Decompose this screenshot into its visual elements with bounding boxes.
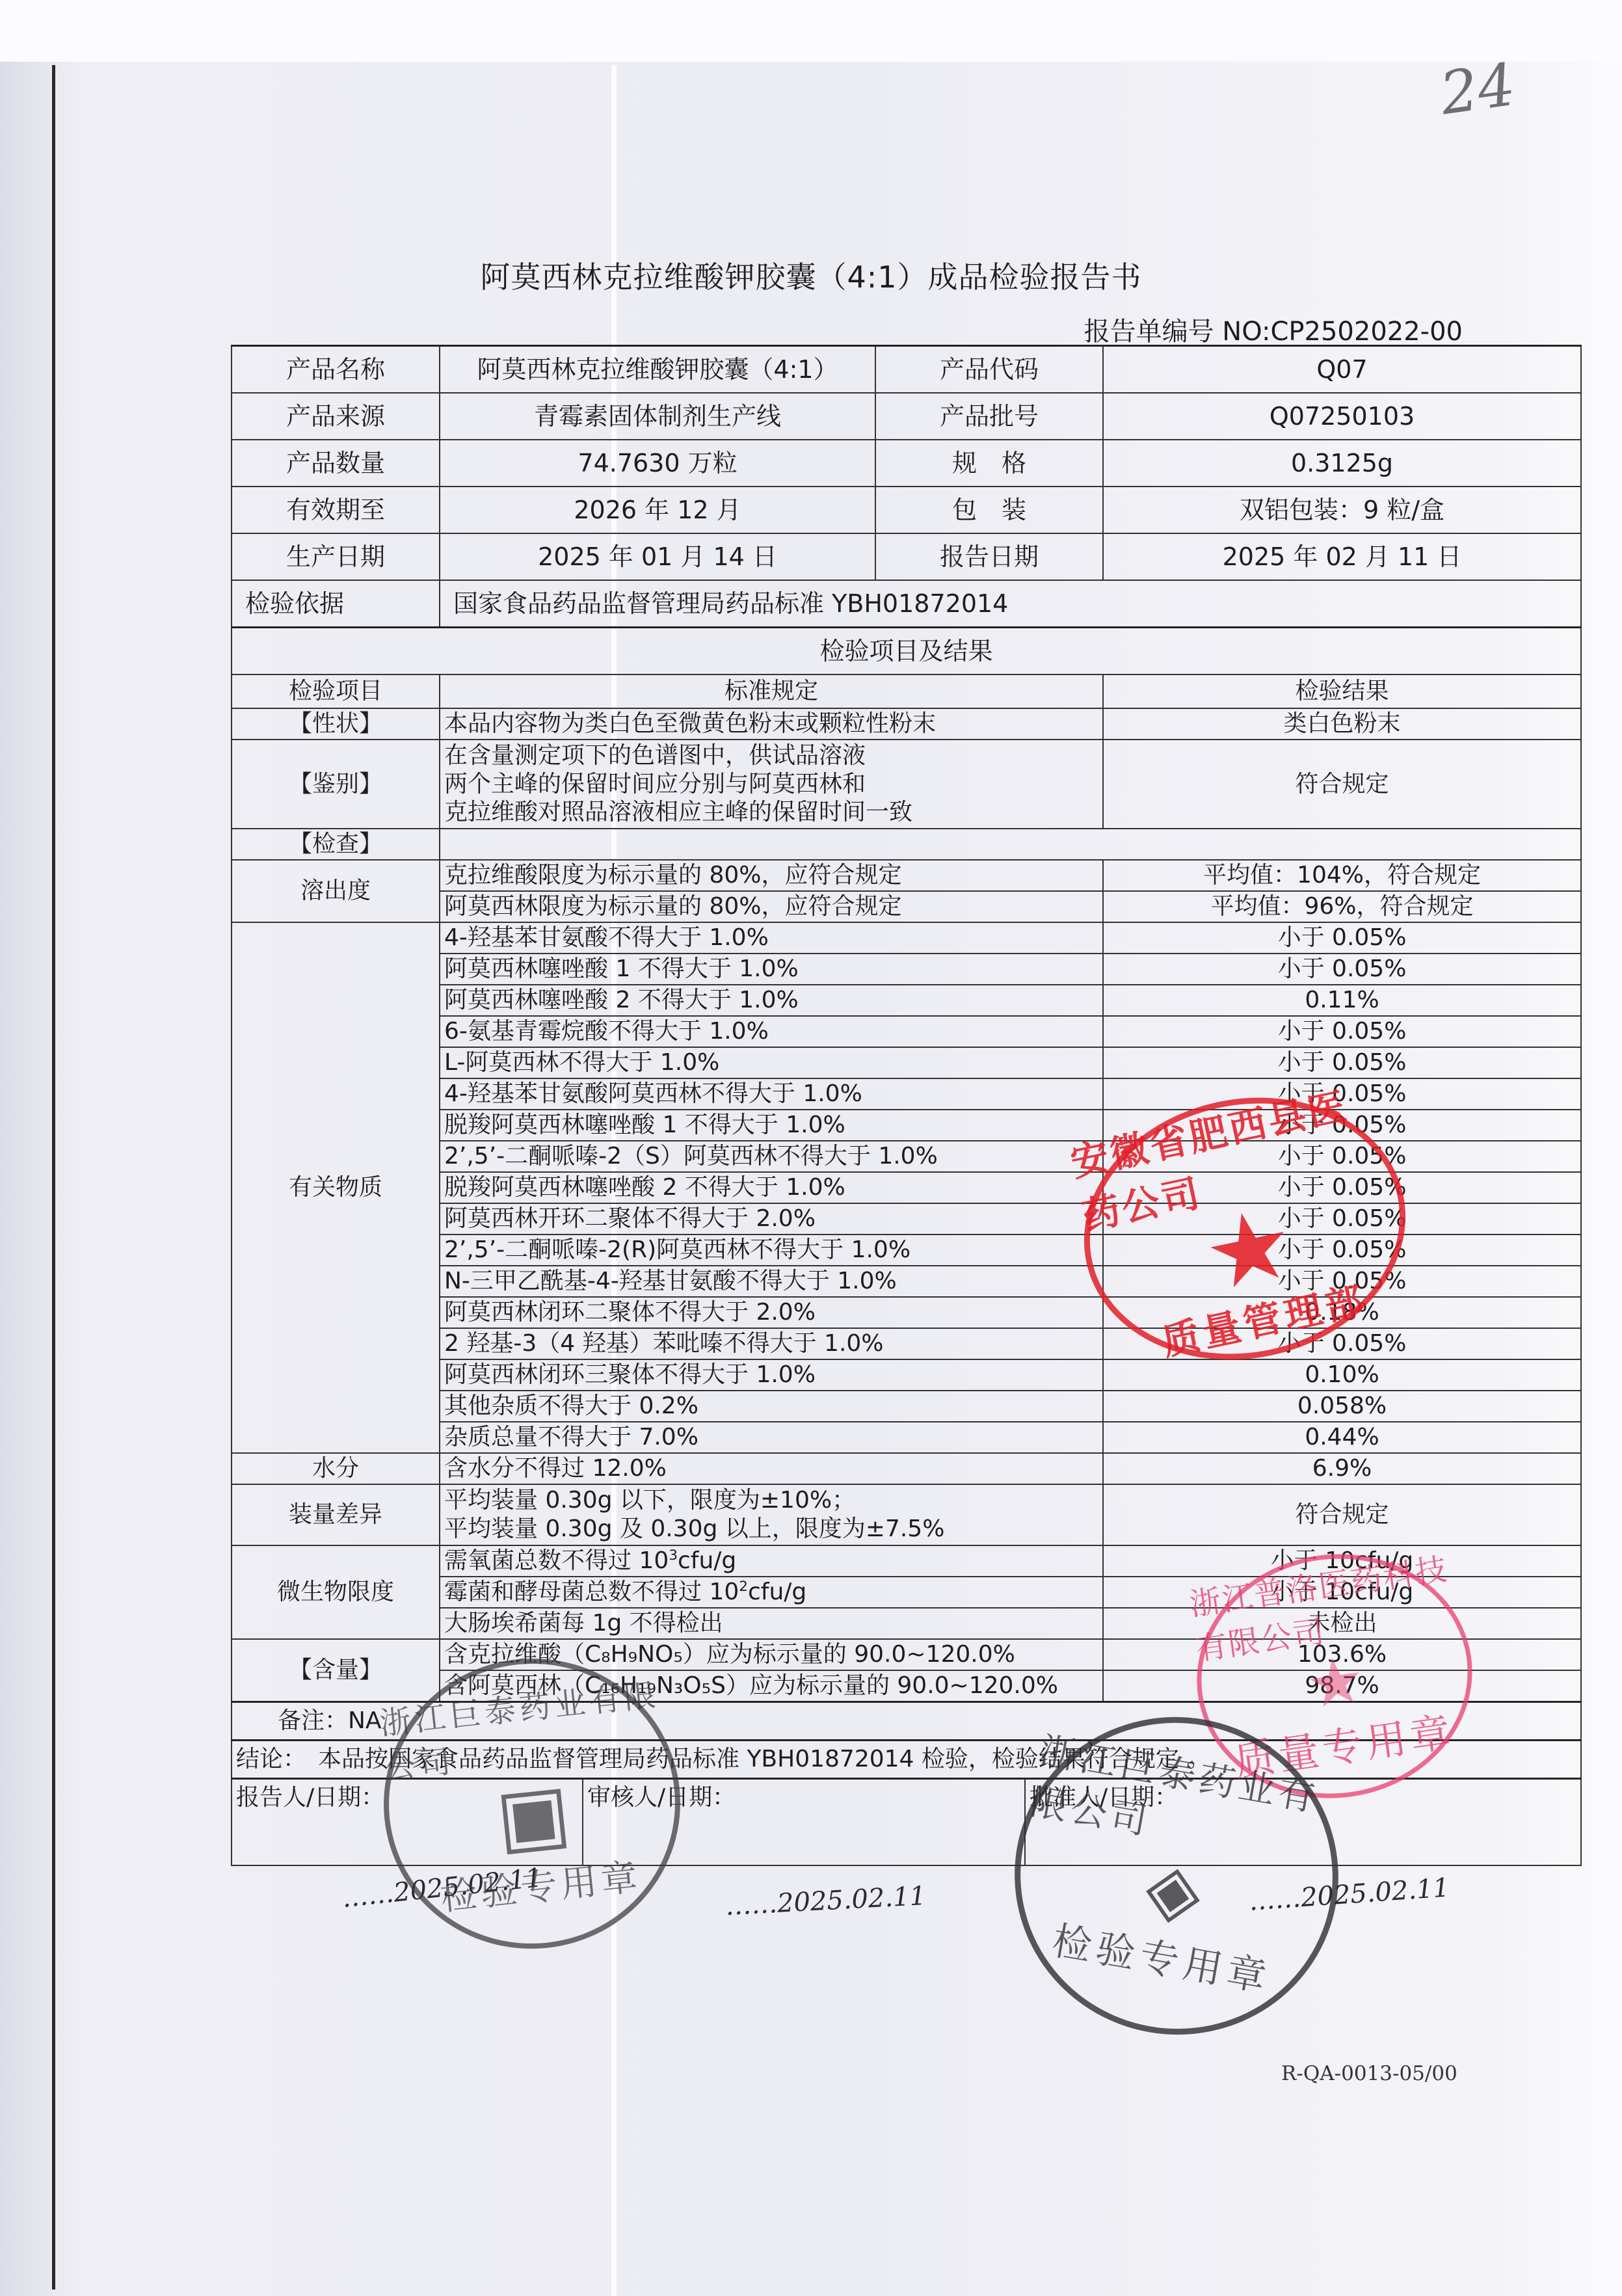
row-microbial: 微生物限度 需氧菌总数不得过 103cfu/g 小于 10cfu/g	[232, 1545, 1581, 1577]
row-assay: 【含量】 含克拉维酸（C₈H₉NO₅）应为标示量的 90.0~120.0% 10…	[232, 1639, 1581, 1670]
conclusion: 结论： 本品按国家食品药品监督管理局药品标准 YBH01872014 检验，检验…	[232, 1741, 1581, 1779]
scan-edge-line	[52, 65, 55, 2289]
dissolution-standard: 克拉维酸限度为标示量的 80%，应符合规定	[440, 860, 1103, 891]
fill-variation-line: 平均装量 0.30g 以下，限度为±10%；	[444, 1486, 1097, 1515]
related-substance-standard: 阿莫西林闭环三聚体不得大于 1.0%	[440, 1359, 1103, 1391]
related-substance-result: 小于 0.05%	[1103, 1078, 1581, 1110]
dissolution-standard: 阿莫西林限度为标示量的 80%，应符合规定	[440, 891, 1103, 922]
report-date-label: 报告日期	[875, 533, 1103, 580]
row-water: 水分 含水分不得过 12.0% 6.9%	[232, 1453, 1581, 1484]
related-substance-standard: 4-羟基苯甘氨酸不得大于 1.0%	[440, 922, 1103, 954]
identification-result: 符合规定	[1103, 740, 1581, 829]
related-substance-standard: 其他杂质不得大于 0.2%	[440, 1391, 1103, 1422]
related-substance-standard: 阿莫西林闭环二聚体不得大于 2.0%	[440, 1297, 1103, 1328]
related-substance-result: 小于 0.05%	[1103, 1203, 1581, 1235]
appearance-item: 【性状】	[232, 708, 440, 740]
info-row-production-date: 生产日期 2025 年 01 月 14 日 报告日期 2025 年 02 月 1…	[232, 533, 1581, 580]
row-fill-variation: 装量差异 平均装量 0.30g 以下，限度为±10%； 平均装量 0.30g 及…	[232, 1484, 1581, 1545]
microbial-standard: 需氧菌总数不得过 103cfu/g	[440, 1545, 1103, 1577]
product-code-label: 产品代码	[875, 346, 1103, 394]
results-section-title: 检验项目及结果	[232, 628, 1581, 675]
production-date-label: 生产日期	[232, 533, 440, 580]
related-substance-result: 小于 0.05%	[1103, 954, 1581, 985]
column-standard: 标准规定	[440, 674, 1103, 708]
related-substance-result: 小于 0.05%	[1103, 1047, 1581, 1078]
batch-no-value: Q07250103	[1103, 393, 1581, 440]
identification-item: 【鉴别】	[232, 740, 440, 829]
handwritten-page-number: 24	[1436, 51, 1519, 129]
related-substance-result: 小于 0.05%	[1103, 1235, 1581, 1266]
appearance-result: 类白色粉末	[1103, 708, 1581, 740]
results-section-header: 检验项目及结果	[232, 628, 1581, 675]
identification-line: 克拉维酸对照品溶液相应主峰的保留时间一致	[444, 798, 1097, 827]
identification-standard: 在含量测定项下的色谱图中，供试品溶液 两个主峰的保留时间应分别与阿莫西林和 克拉…	[440, 740, 1103, 829]
related-substance-result: 小于 0.05%	[1103, 922, 1581, 954]
assay-item: 【含量】	[232, 1639, 440, 1702]
related-substance-standard: 4-羟基苯甘氨酸阿莫西林不得大于 1.0%	[440, 1078, 1103, 1110]
column-header-row: 检验项目 标准规定 检验结果	[232, 674, 1581, 708]
packaging-label: 包 装	[875, 487, 1103, 533]
water-item: 水分	[232, 1453, 440, 1484]
related-substance-standard: N-三甲乙酰基-4-羟基甘氨酸不得大于 1.0%	[440, 1266, 1103, 1297]
report-date-value: 2025 年 02 月 11 日	[1103, 533, 1581, 580]
related-substance-standard: 阿莫西林开环二聚体不得大于 2.0%	[440, 1203, 1103, 1235]
related-substance-result: 0.18%	[1103, 1297, 1581, 1328]
fill-variation-item: 装量差异	[232, 1484, 440, 1545]
related-substance-standard: 2’,5’-二酮哌嗪-2(R)阿莫西林不得大于 1.0%	[440, 1235, 1103, 1266]
related-substance-result: 小于 0.05%	[1103, 1016, 1581, 1047]
microbial-result: 未检出	[1103, 1608, 1581, 1639]
related-substance-standard: 阿莫西林噻唑酸 2 不得大于 1.0%	[440, 985, 1103, 1016]
dissolution-item: 溶出度	[232, 860, 440, 922]
remarks: 备注：NA	[232, 1702, 1581, 1741]
assay-standard: 含阿莫西林（C₁₆H₁₉N₃O₅S）应为标示量的 90.0~120.0%	[440, 1670, 1103, 1702]
identification-line: 在含量测定项下的色谱图中，供试品溶液	[444, 741, 1097, 770]
related-substance-standard: 2’,5’-二酮哌嗪-2（S）阿莫西林不得大于 1.0%	[440, 1141, 1103, 1172]
dissolution-result: 平均值：104%，符合规定	[1103, 860, 1581, 891]
quantity-value: 74.7630 万粒	[440, 440, 875, 487]
related-substance-result: 小于 0.05%	[1103, 1141, 1581, 1172]
batch-no-label: 产品批号	[875, 393, 1103, 440]
assay-result: 98.7%	[1103, 1670, 1581, 1702]
related-substances-item: 有关物质	[232, 922, 440, 1453]
microbial-standard: 大肠埃希菌每 1g 不得检出	[440, 1608, 1103, 1639]
expiry-label: 有效期至	[232, 487, 440, 533]
related-substance-result: 小于 0.05%	[1103, 1328, 1581, 1359]
row-remarks: 备注：NA	[232, 1702, 1581, 1741]
column-result: 检验结果	[1103, 674, 1581, 708]
expiry-value: 2026 年 12 月	[440, 487, 875, 533]
document-title: 阿莫西林克拉维酸钾胶囊（4:1）成品检验报告书	[0, 254, 1622, 297]
fill-variation-result: 符合规定	[1103, 1484, 1581, 1545]
related-substance-result: 0.10%	[1103, 1359, 1581, 1391]
report-number: 报告单编号 NO:CP2502022-00	[1084, 311, 1463, 348]
scan-top-margin	[0, 0, 1622, 62]
tests-header: 【检查】	[232, 829, 440, 860]
related-substance-standard: 杂质总量不得大于 7.0%	[440, 1422, 1103, 1453]
fill-variation-line: 平均装量 0.30g 及 0.30g 以上，限度为±7.5%	[444, 1515, 1097, 1543]
water-standard: 含水分不得过 12.0%	[440, 1453, 1103, 1484]
appearance-standard: 本品内容物为类白色至微黄色粉末或颗粒性粉末	[440, 708, 1103, 740]
related-substance-result: 小于 0.05%	[1103, 1266, 1581, 1297]
related-substance-result: 0.44%	[1103, 1422, 1581, 1453]
product-source-label: 产品来源	[232, 393, 440, 440]
product-name-value: 阿莫西林克拉维酸钾胶囊（4:1）	[440, 346, 875, 394]
approver-field: 批准人/日期：	[1025, 1779, 1581, 1866]
basis-value: 国家食品药品监督管理局药品标准 YBH01872014	[440, 580, 1581, 628]
packaging-value: 双铝包装：9 粒/盒	[1103, 487, 1581, 533]
info-row-expiry: 有效期至 2026 年 12 月 包 装 双铝包装：9 粒/盒	[232, 487, 1581, 533]
column-item: 检验项目	[232, 674, 440, 708]
production-date-value: 2025 年 01 月 14 日	[440, 533, 875, 580]
row-identification: 【鉴别】 在含量测定项下的色谱图中，供试品溶液 两个主峰的保留时间应分别与阿莫西…	[232, 740, 1581, 829]
row-signatures: 报告人/日期： 审核人/日期： 批准人/日期：	[232, 1779, 1581, 1866]
reporter-field: 报告人/日期：	[232, 1779, 583, 1866]
assay-standard: 含克拉维酸（C₈H₉NO₅）应为标示量的 90.0~120.0%	[440, 1639, 1103, 1670]
assay-result: 103.6%	[1103, 1639, 1581, 1670]
basis-label: 检验依据	[232, 580, 440, 628]
related-substance-standard: 6-氨基青霉烷酸不得大于 1.0%	[440, 1016, 1103, 1047]
dissolution-result: 平均值：96%，符合规定	[1103, 891, 1581, 922]
info-row-basis: 检验依据 国家食品药品监督管理局药品标准 YBH01872014	[232, 580, 1581, 628]
product-code-value: Q07	[1103, 346, 1581, 394]
related-substance-result: 小于 0.05%	[1103, 1172, 1581, 1203]
inspection-report-table: 产品名称 阿莫西林克拉维酸钾胶囊（4:1） 产品代码 Q07 产品来源 青霉素固…	[231, 345, 1582, 1866]
reviewer-field: 审核人/日期：	[583, 1779, 1025, 1866]
row-tests-header: 【检查】	[232, 829, 1581, 860]
product-name-label: 产品名称	[232, 346, 440, 394]
microbial-item: 微生物限度	[232, 1545, 440, 1639]
related-substances-group: 有关物质4-羟基苯甘氨酸不得大于 1.0%小于 0.05%阿莫西林噻唑酸 1 不…	[232, 922, 1581, 1453]
related-substance-result: 0.11%	[1103, 985, 1581, 1016]
microbial-result: 小于 10cfu/g	[1103, 1545, 1581, 1577]
identification-line: 两个主峰的保留时间应分别与阿莫西林和	[444, 770, 1097, 799]
info-row-product-name: 产品名称 阿莫西林克拉维酸钾胶囊（4:1） 产品代码 Q07	[232, 346, 1581, 394]
related-substance-standard: 2 羟基-3（4 羟基）苯吡嗪不得大于 1.0%	[440, 1328, 1103, 1359]
related-substance-result: 小于 0.05%	[1103, 1110, 1581, 1141]
product-source-value: 青霉素固体制剂生产线	[440, 393, 875, 440]
related-substance-standard: 脱羧阿莫西林噻唑酸 2 不得大于 1.0%	[440, 1172, 1103, 1203]
row-conclusion: 结论： 本品按国家食品药品监督管理局药品标准 YBH01872014 检验，检验…	[232, 1741, 1581, 1779]
related-substance-result: 0.058%	[1103, 1391, 1581, 1422]
quantity-label: 产品数量	[232, 440, 440, 487]
form-code: R-QA-0013-05/00	[1281, 2062, 1457, 2085]
microbial-result: 小于 10cfu/g	[1103, 1577, 1581, 1608]
fill-variation-standard: 平均装量 0.30g 以下，限度为±10%； 平均装量 0.30g 及 0.30…	[440, 1484, 1103, 1545]
info-row-quantity: 产品数量 74.7630 万粒 规 格 0.3125g	[232, 440, 1581, 487]
row-appearance: 【性状】 本品内容物为类白色至微黄色粉末或颗粒性粉末 类白色粉末	[232, 708, 1581, 740]
row-related-substance: 有关物质4-羟基苯甘氨酸不得大于 1.0%小于 0.05%	[232, 922, 1581, 954]
spec-label: 规 格	[875, 440, 1103, 487]
row-dissolution: 溶出度 克拉维酸限度为标示量的 80%，应符合规定 平均值：104%，符合规定	[232, 860, 1581, 891]
info-row-product-source: 产品来源 青霉素固体制剂生产线 产品批号 Q07250103	[232, 393, 1581, 440]
related-substance-standard: 阿莫西林噻唑酸 1 不得大于 1.0%	[440, 954, 1103, 985]
water-result: 6.9%	[1103, 1453, 1581, 1484]
related-substance-standard: 脱羧阿莫西林噻唑酸 1 不得大于 1.0%	[440, 1110, 1103, 1141]
spec-value: 0.3125g	[1103, 440, 1581, 487]
microbial-standard: 霉菌和酵母菌总数不得过 102cfu/g	[440, 1577, 1103, 1608]
related-substance-standard: L-阿莫西林不得大于 1.0%	[440, 1047, 1103, 1078]
